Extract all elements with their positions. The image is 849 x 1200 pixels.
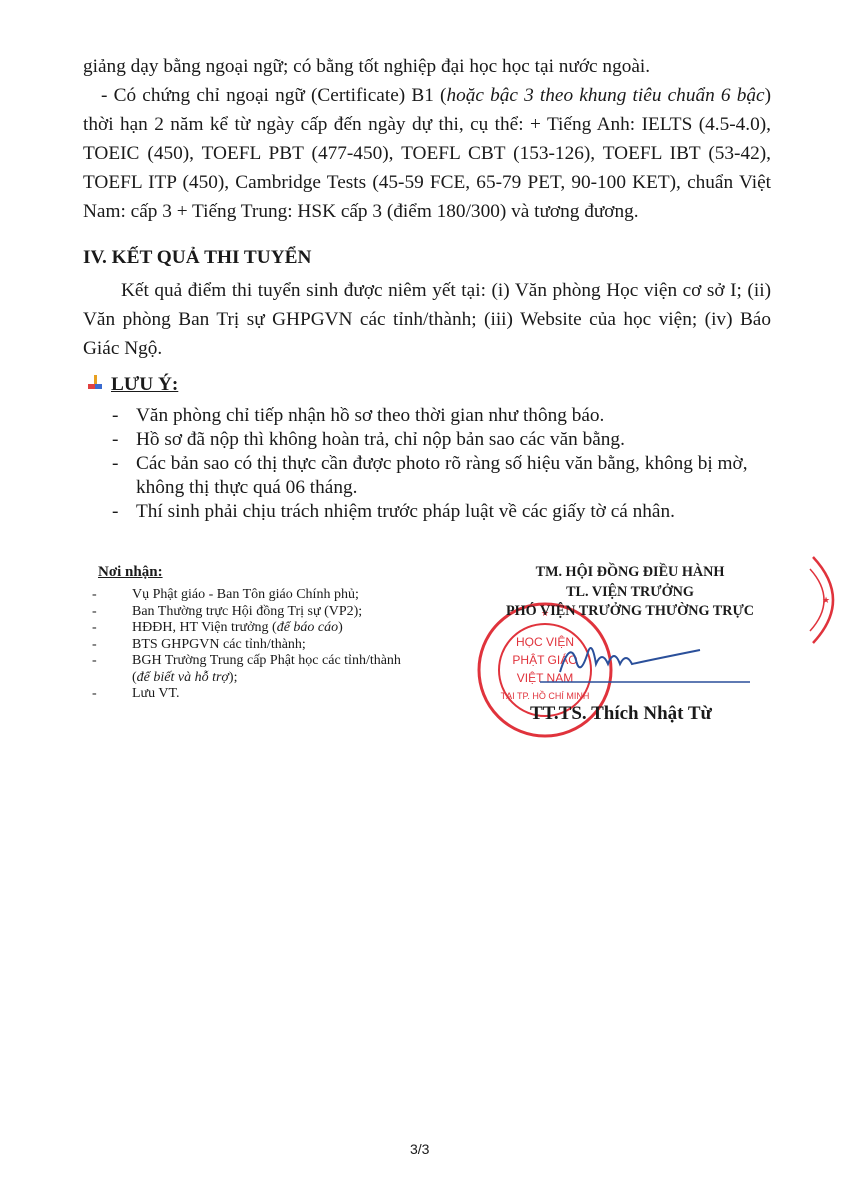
recipients-block: Nơi nhận: Vụ Phật giáo - Ban Tôn giáo Ch…	[98, 564, 418, 703]
recipients-list: Vụ Phật giáo - Ban Tôn giáo Chính phủ;Ba…	[98, 587, 418, 703]
page-number: 3/3	[410, 1141, 429, 1157]
pin-icon	[87, 375, 103, 391]
section-heading-results: IV. KẾT QUẢ THI TUYỂN	[83, 247, 311, 269]
paragraph-degree: giảng dạy bằng ngoại ngữ; có bằng tốt ng…	[83, 52, 771, 81]
notes-list: Văn phòng chỉ tiếp nhận hồ sơ theo thời …	[112, 404, 782, 524]
signer-name: TT.TS. Thích Nhật Từ	[530, 703, 712, 725]
handwritten-signature	[540, 630, 760, 690]
svg-text:TẠI TP. HỒ CHÍ MINH: TẠI TP. HỒ CHÍ MINH	[501, 690, 590, 701]
svg-text:★: ★	[822, 595, 830, 605]
signature-block: TM. HỘI ĐỒNG ĐIỀU HÀNH TL. VIỆN TRƯỞNG P…	[500, 563, 760, 622]
recipient-item: BGH Trường Trung cấp Phật học các tỉnh/t…	[98, 653, 418, 686]
recipient-item: Vụ Phật giáo - Ban Tôn giáo Chính phủ;	[98, 587, 418, 604]
paragraph-certificate: - Có chứng chỉ ngoại ngữ (Certificate) B…	[83, 81, 771, 226]
recipients-title: Nơi nhận:	[98, 564, 418, 581]
recipient-item: Lưu VT.	[98, 686, 418, 703]
note-item: Văn phòng chỉ tiếp nhận hồ sơ theo thời …	[112, 404, 782, 428]
partial-stamp: ★	[808, 555, 849, 645]
notes-heading: LƯU Ý:	[87, 374, 178, 396]
note-item: Thí sinh phải chịu trách nhiệm trước phá…	[112, 500, 782, 524]
results-text: Kết quả điểm thi tuyển sinh được niêm yế…	[83, 276, 771, 363]
document-page: giảng dạy bằng ngoại ngữ; có bằng tốt ng…	[0, 0, 849, 1200]
note-item: Các bản sao có thị thực cần được photo r…	[112, 452, 782, 500]
recipient-item: HĐĐH, HT Viện trưởng (để báo cáo)	[98, 620, 418, 637]
recipient-item: Ban Thường trực Hội đồng Trị sự (VP2);	[98, 604, 418, 621]
requirements-text: giảng dạy bằng ngoại ngữ; có bằng tốt ng…	[83, 52, 771, 226]
recipient-item: BTS GHPGVN các tỉnh/thành;	[98, 637, 418, 654]
note-item: Hồ sơ đã nộp thì không hoàn trả, chỉ nộp…	[112, 428, 782, 452]
